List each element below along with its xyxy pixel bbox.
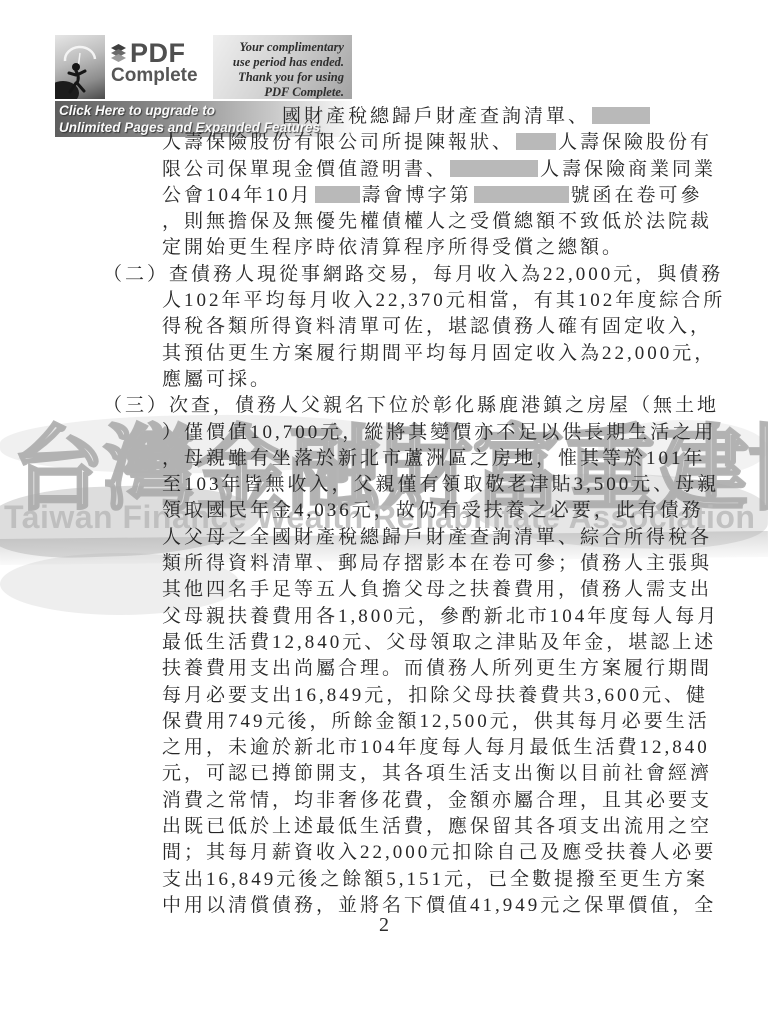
text-line: 出既已低於上述最低生活費，應保留其各項支出流用之空 [0,814,768,840]
text-line: 人102年平均每月收入22,370元相當，有其102年度綜合所 [0,288,768,314]
text-segment: 定開始更生程序時依清算程序所得受償之總額。 [162,237,624,258]
text-line: 人父母之全國財產稅總歸戶財產查詢清單、綜合所得稅各 [0,525,768,551]
text-segment: 領取國民年金4,036元，故仍有受扶養之必要，此有債務 [162,500,704,521]
text-segment: 其預估更生方案履行期間平均每月固定收入為22,000元， [162,343,716,364]
text-segment: 人102年平均每月收入22,370元相當，有其102年度綜合所 [162,290,725,311]
trial-expired-message: Your complimentary use period has ended.… [213,35,352,99]
text-segment: ，母親雖有坐落於新北市蘆洲區之房地，惟其等於101年 [162,448,706,469]
text-line: 得稅各類所得資料清單可佐，堪認債務人確有固定收入， [0,314,768,340]
text-segment: ）僅價值10,700元，縱將其變價亦不足以供長期生活之用 [162,422,716,443]
text-line: 領取國民年金4,036元，故仍有受扶養之必要，此有債務 [0,498,768,524]
text-segment: 國財產稅總歸戶財產查詢清單、 [282,106,590,127]
text-segment: 消費之常情，均非奢侈花費，金額亦屬合理，且其必要支 [162,790,712,811]
text-segment: 出既已低於上述最低生活費，應保留其各項支出流用之空 [162,816,712,837]
text-segment: 中用以清償債務，並將名下價值41,949元之保單價值，全 [162,895,716,916]
text-line: （二）查債務人現從事網路交易，每月收入為22,000元，與債務 [0,262,768,288]
text-segment: 扶養費用支出尚屬合理。而債務人所列更生方案履行期間 [162,658,712,679]
text-line: 每月必要支出16,849元，扣除父母扶養費共3,600元、健 [0,683,768,709]
text-segment: ，則無擔保及無優先權債權人之受償總額不致低於法院裁 [162,211,712,232]
text-line: 消費之常情，均非奢侈花費，金額亦屬合理，且其必要支 [0,788,768,814]
text-segment: 得稅各類所得資料清單可佐，堪認債務人確有固定收入， [162,316,712,337]
text-segment: 每月必要支出16,849元，扣除父母扶養費共3,600元、健 [162,685,708,706]
text-segment: 之用，未逾於新北市104年度每人每月最低生活費12,840 [162,737,710,758]
text-segment: 元，可認已撙節開支，其各項生活支出衡以目前社會經濟 [162,763,712,784]
text-segment: 限公司保單現金價值證明書、 [162,159,448,180]
text-line: 其他四名手足等五人負擔父母之扶養費用，債務人需支出 [0,577,768,603]
text-segment: 支出16,849元後之餘額5,151元，已全數提撥至更生方案 [162,869,708,890]
text-line: ，則無擔保及無優先權債權人之受償總額不致低於法院裁 [0,209,768,235]
text-line: （三）次查，債務人父親名下位於彰化縣鹿港鎮之房屋（無土地 [0,393,768,419]
redaction-box [516,133,556,150]
text-line: 類所得資料清單、郵局存摺影本在卷可參；債務人主張與 [0,551,768,577]
text-line: 支出16,849元後之餘額5,151元，已全數提撥至更生方案 [0,867,768,893]
text-line: 應屬可採。 [0,367,768,393]
text-line: 其預估更生方案履行期間平均每月固定收入為22,000元， [0,341,768,367]
text-line: 保費用749元後，所餘金額12,500元，供其每月必要生活 [0,709,768,735]
redaction-box [450,160,538,177]
text-segment: （三）次查，債務人父親名下位於彰化縣鹿港鎮之房屋（無土地 [103,395,719,416]
text-segment: 應屬可採。 [162,369,272,390]
text-line: 人壽保險股份有限公司所提陳報狀、人壽保險股份有 [0,130,768,156]
banner-top-row: PDF Complete Your complimentary use peri… [55,35,352,99]
text-segment: 人壽保險商業同業 [540,159,716,180]
text-line: 間；其每月薪資收入22,000元扣除自己及應受扶養人必要 [0,840,768,866]
text-segment: 號函在卷可參 [571,185,703,206]
redaction-box [474,186,569,203]
text-line: ）僅價值10,700元，縱將其變價亦不足以供長期生活之用 [0,420,768,446]
layers-icon [110,43,127,63]
text-line: 扶養費用支出尚屬合理。而債務人所列更生方案履行期間 [0,656,768,682]
text-segment: 人父母之全國財產稅總歸戶財產查詢清單、綜合所得稅各 [162,527,712,548]
pdf-complete-logo-text: PDF Complete [105,35,213,99]
text-line: 之用，未逾於新北市104年度每人每月最低生活費12,840 [0,735,768,761]
text-segment: 最低生活費12,840元、父母領取之津貼及年金，堪認上述 [162,632,716,653]
person-umbrella-icon [55,35,105,99]
text-segment: 類所得資料清單、郵局存摺影本在卷可參；債務人主張與 [162,553,712,574]
text-segment: 保費用749元後，所餘金額12,500元，供其每月必要生活 [162,711,710,732]
text-segment: 人壽保險股份有限公司所提陳報狀、 [162,132,514,153]
redaction-box [315,186,360,203]
scanned-page: 台灣金融財富重建協會 Taiwan Finance Wealth Rehabil… [0,0,768,1024]
text-segment: 其他四名手足等五人負擔父母之扶養費用，債務人需支出 [162,579,712,600]
text-line: 公會104年10月壽會博字第號函在卷可參 [0,183,768,209]
text-segment: 公會104年10月 [162,185,313,206]
text-line: 父母親扶養費用各1,800元，參酌新北市104年度每人每月 [0,604,768,630]
text-segment: 人壽保險股份有 [558,132,712,153]
text-segment: （二）查債務人現從事網路交易，每月收入為22,000元，與債務 [103,264,723,285]
text-line: 最低生活費12,840元、父母領取之津貼及年金，堪認上述 [0,630,768,656]
text-line: 國財產稅總歸戶財產查詢清單、 [0,104,768,130]
text-line: 定開始更生程序時依清算程序所得受償之總額。 [0,235,768,261]
page-number: 2 [0,914,768,937]
text-segment: 壽會博字第 [362,185,472,206]
redaction-box [592,107,650,124]
document-body: 國財產稅總歸戶財產查詢清單、人壽保險股份有限公司所提陳報狀、人壽保險股份有限公司… [0,104,768,919]
text-segment: 間；其每月薪資收入22,000元扣除自己及應受扶養人必要 [162,842,716,863]
text-segment: 至103年皆無收入，父親僅有領取敬老津貼3,500元、母親 [162,474,719,495]
text-line: ，母親雖有坐落於新北市蘆洲區之房地，惟其等於101年 [0,446,768,472]
text-line: 至103年皆無收入，父親僅有領取敬老津貼3,500元、母親 [0,472,768,498]
text-line: 元，可認已撙節開支，其各項生活支出衡以目前社會經濟 [0,761,768,787]
text-line: 限公司保單現金價值證明書、人壽保險商業同業 [0,157,768,183]
logo-complete-label: Complete [111,66,213,86]
pdf-complete-logo-image [55,35,105,99]
text-segment: 父母親扶養費用各1,800元，參酌新北市104年度每人每月 [162,606,719,627]
logo-pdf-label: PDF [130,40,186,66]
